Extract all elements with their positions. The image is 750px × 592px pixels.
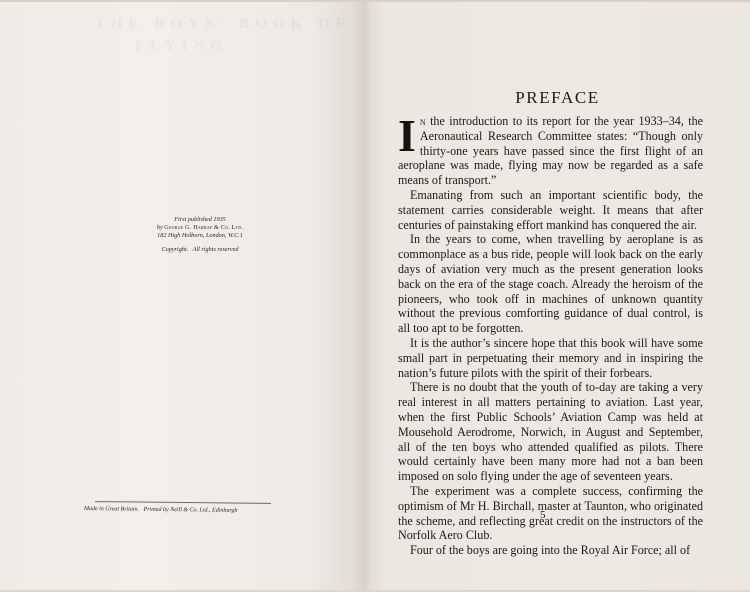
- paragraph-1: In the introduction to its report for th…: [398, 114, 703, 188]
- page-number: 5: [540, 509, 546, 521]
- publisher-name: George G. Harrap & Co. Ltd.: [164, 224, 243, 231]
- preface-text-block: PREFACE In the introduction to its repor…: [398, 88, 703, 558]
- first-published-line: First published 1935: [110, 216, 290, 224]
- paragraph-5: There is no doubt that the youth of to-d…: [398, 380, 703, 484]
- paragraph-6: The experiment was a complete success, c…: [398, 484, 703, 543]
- showthrough-text-line-2: FLYING: [135, 38, 228, 55]
- showthrough-text-line-1: THE BOYS' BOOK OF: [95, 16, 351, 33]
- paragraph-3: In the years to come, when travelling by…: [398, 232, 703, 336]
- publisher-address: 182 High Holborn, London, W.C.1: [110, 232, 290, 240]
- book-spread: THE BOYS' BOOK OF FLYING First published…: [0, 0, 750, 592]
- page-title: PREFACE: [412, 88, 703, 108]
- copyright-notice: Copyright. All rights reserved: [110, 246, 290, 254]
- paragraph-2: Emanating from such an important scienti…: [398, 188, 703, 232]
- printer-line: Made in Great Britain. Printed by Neill …: [84, 506, 304, 515]
- imprint-block: First published 1935 by George G. Harrap…: [110, 216, 290, 254]
- paragraph-7: Four of the boys are going into the Roya…: [398, 543, 703, 558]
- publisher-line: by George G. Harrap & Co. Ltd.: [110, 224, 290, 232]
- paragraph-1-text: the introduction to its report for the y…: [398, 114, 703, 187]
- printer-rule-divider: [95, 501, 271, 504]
- publisher-prefix: by: [157, 224, 163, 231]
- paragraph-4: It is the author’s sincere hope that thi…: [398, 336, 703, 380]
- left-page: THE BOYS' BOOK OF FLYING First published…: [0, 2, 364, 590]
- drop-cap: I: [398, 117, 416, 157]
